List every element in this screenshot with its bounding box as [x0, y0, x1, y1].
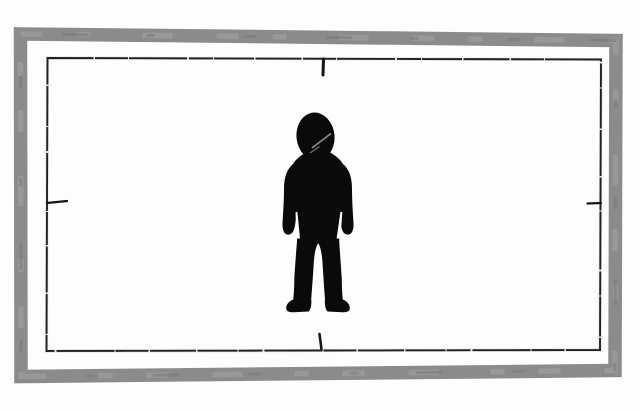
illustration-canvas	[0, 0, 640, 411]
center-mark-right	[588, 203, 602, 204]
center-mark-top	[323, 59, 324, 75]
